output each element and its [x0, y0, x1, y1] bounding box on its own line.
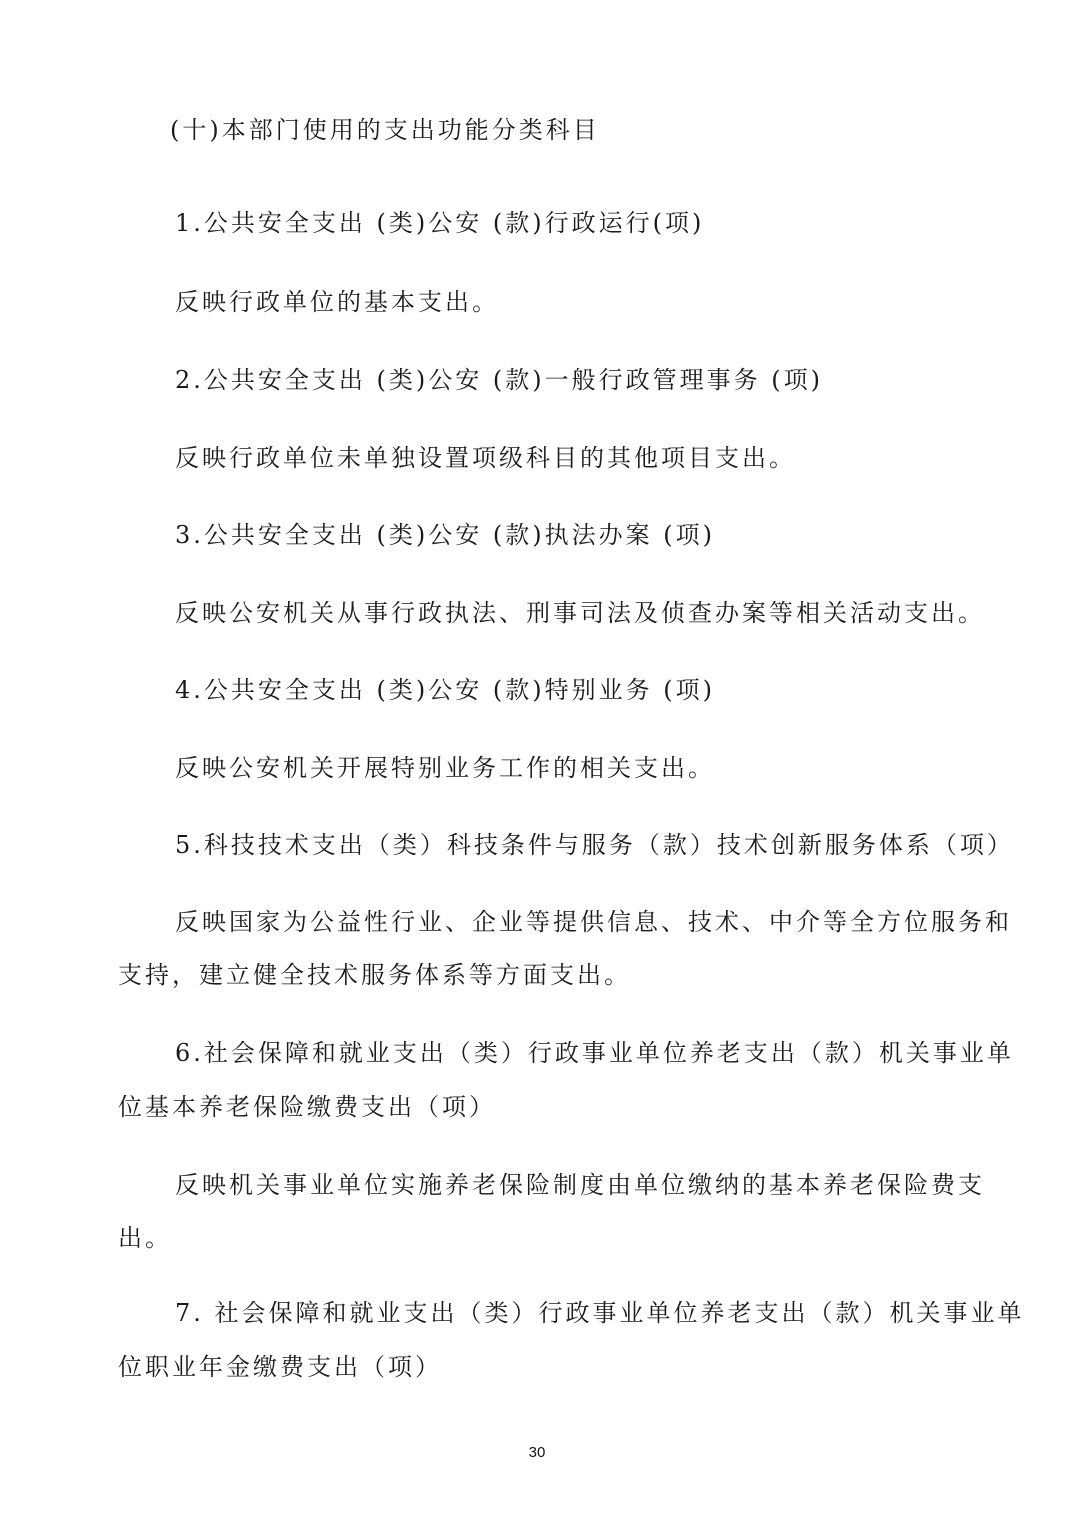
- item-2-description: 反映行政单位未单独设置项级科目的其他项目支出。: [175, 443, 1020, 473]
- item-2-title: 2.公共安全支出 (类)公安 (款)一般行政管理事务 (项): [175, 365, 1020, 395]
- item-1-description: 反映行政单位的基本支出。: [175, 287, 1020, 317]
- section-title: (十)本部门使用的支出功能分类科目: [170, 115, 1015, 145]
- item-1-title: 1.公共安全支出 (类)公安 (款)行政运行(项): [175, 208, 1020, 238]
- item-6-title-line-2: 位基本养老保险缴费支出（项）: [118, 1092, 963, 1122]
- item-5-description-line-1: 反映国家为公益性行业、企业等提供信息、技术、中介等全方位服务和: [175, 907, 1020, 937]
- item-6-description-line-1: 反映机关事业单位实施养老保险制度由单位缴纳的基本养老保险费支: [175, 1170, 1020, 1200]
- item-3-description: 反映公安机关从事行政执法、刑事司法及侦查办案等相关活动支出。: [175, 598, 1020, 628]
- item-6-description-line-2: 出。: [118, 1223, 963, 1253]
- page-number: 30: [0, 1444, 1074, 1461]
- document-page: (十)本部门使用的支出功能分类科目 1.公共安全支出 (类)公安 (款)行政运行…: [0, 0, 1074, 1520]
- item-5-description-line-2: 支持，建立健全技术服务体系等方面支出。: [118, 960, 963, 990]
- item-6-title-line-1: 6.社会保障和就业支出（类）行政事业单位养老支出（款）机关事业单: [175, 1038, 1020, 1068]
- item-7-title-line-2: 位职业年金缴费支出（项）: [118, 1352, 963, 1382]
- item-3-title: 3.公共安全支出 (类)公安 (款)执法办案 (项): [175, 520, 1020, 550]
- item-4-title: 4.公共安全支出 (类)公安 (款)特别业务 (项): [175, 675, 1020, 705]
- item-7-title-line-1: 7. 社会保障和就业支出（类）行政事业单位养老支出（款）机关事业单: [175, 1298, 1020, 1328]
- item-4-description: 反映公安机关开展特别业务工作的相关支出。: [175, 753, 1020, 783]
- item-5-title: 5.科技技术支出（类）科技条件与服务（款）技术创新服务体系（项）: [175, 830, 1020, 860]
